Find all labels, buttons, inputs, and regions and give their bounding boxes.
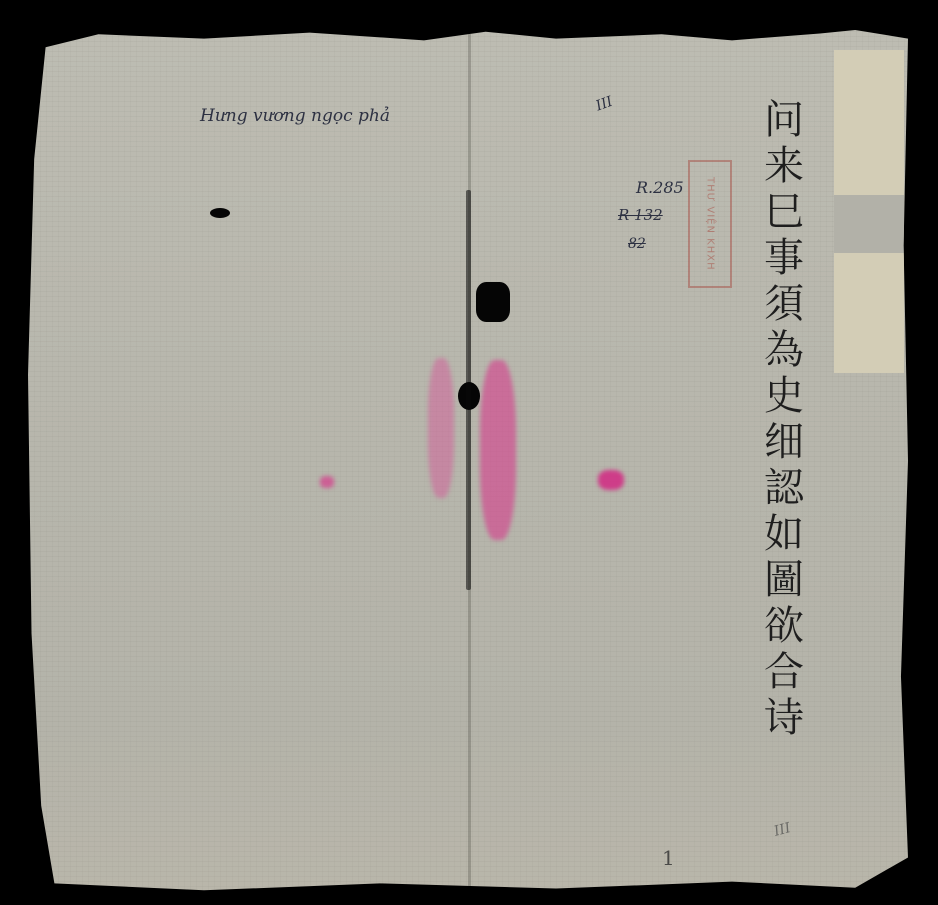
library-stamp: THƯ VIỆN KHXH bbox=[688, 160, 732, 288]
title-char: 来 bbox=[764, 146, 804, 186]
pink-dot-left bbox=[320, 476, 334, 488]
vertical-title: 问 来 巳 事 須 為 史 细 認 如 圖 欲 合 诗 bbox=[754, 100, 814, 738]
title-char: 須 bbox=[764, 284, 804, 324]
repair-tape-top bbox=[834, 50, 904, 195]
pink-dot-right bbox=[598, 470, 624, 490]
paper-hole bbox=[476, 282, 510, 322]
title-char: 欲 bbox=[764, 606, 804, 646]
title-char: 認 bbox=[764, 468, 804, 508]
title-char: 合 bbox=[764, 652, 804, 692]
handwritten-title-note: Hưng vương ngọc phả bbox=[200, 106, 390, 126]
pink-stain-right bbox=[480, 360, 516, 540]
paper-hole-small bbox=[210, 208, 230, 218]
title-char: 史 bbox=[764, 376, 804, 416]
title-char: 圖 bbox=[764, 560, 804, 600]
call-number: R.285 bbox=[636, 178, 684, 197]
title-char: 如 bbox=[764, 514, 804, 554]
page-number: 1 bbox=[662, 846, 675, 870]
old-number-top: R 132 bbox=[618, 206, 663, 224]
pink-stain-left bbox=[428, 358, 454, 498]
title-char: 细 bbox=[764, 422, 804, 462]
title-char: 為 bbox=[764, 330, 804, 370]
title-char: 诗 bbox=[764, 698, 804, 738]
repair-tape-gap bbox=[834, 195, 904, 253]
repair-tape-bottom bbox=[834, 253, 904, 373]
title-char: 巳 bbox=[764, 192, 804, 232]
title-char: 问 bbox=[764, 100, 804, 140]
fold-wormholes bbox=[466, 190, 471, 590]
old-number-bottom: 82 bbox=[628, 236, 646, 252]
title-char: 事 bbox=[764, 238, 804, 278]
